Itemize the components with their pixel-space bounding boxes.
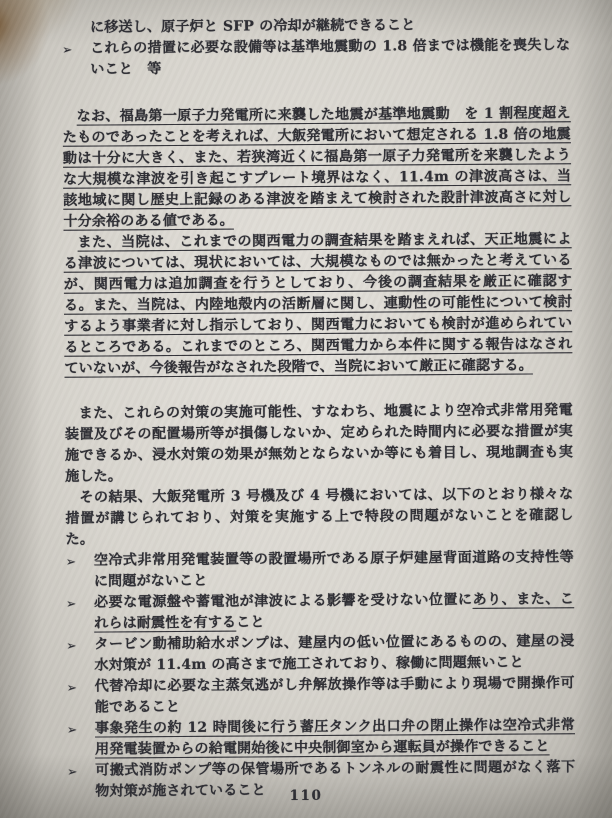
list-item: ➢必要な電源盤や蓄電池が津波による影響を受けない位置にあり、また、これらは耐震性… bbox=[66, 589, 574, 635]
bullet-arrow-icon: ➢ bbox=[67, 677, 95, 719]
bullet-text: 必要な電源盤や蓄電池が津波による影響を受けない位置にあり、また、これらは耐震性を… bbox=[94, 589, 574, 634]
text-run: これらの措置に必要な設備等は基準地震動の 1.8 倍までは機能を喪失しないこと … bbox=[90, 37, 570, 77]
text-run: に移送し、原子炉と SFP の冷却が継続できること bbox=[90, 17, 415, 35]
paragraph: また、当院は、これまでの関西電力の調査結果を踏まえれば、天正地震による津波につい… bbox=[64, 229, 573, 380]
underlined-text-run: また、当院は、これまでの関西電力の調査結果を踏まえれば、天正地震による津波につい… bbox=[64, 231, 573, 377]
list-item: ➢これらの措置に必要な設備等は基準地震動の 1.8 倍までは機能を喪失しないこと… bbox=[62, 35, 570, 81]
bullet-arrow-icon: ➢ bbox=[62, 39, 90, 81]
bullet-arrow-icon: ➢ bbox=[66, 593, 94, 635]
paragraph-gap bbox=[62, 77, 570, 107]
page-number: 110 bbox=[0, 788, 612, 804]
text-run: 空冷式非常用発電装置等の設置場所である原子炉建屋背面道路の支持性等に問題がないこ… bbox=[94, 549, 574, 589]
bullet-text: 事象発生の約 12 時間後に行う蓄圧タンク出口弁の閉止操作は空冷式非常用発電装置… bbox=[95, 715, 575, 760]
bullet-text: これらの措置に必要な設備等は基準地震動の 1.8 倍までは機能を喪失しないこと … bbox=[90, 35, 570, 80]
text-run: 必要な電源盤や蓄電池が津波による影響を受けない位置に bbox=[94, 592, 473, 611]
paragraph: なお、福島第一原子力発電所に来襲した地震が基準地震動 を 1 割程度超えたもので… bbox=[63, 103, 572, 233]
underlined-text-run: なお、福島第一原子力発電所に来襲した地震が基準地震動 を 1 割程度超えたもので… bbox=[63, 105, 572, 230]
paragraph-gap bbox=[65, 376, 573, 404]
list-item: ➢代替冷却に必要な主蒸気逃がし弁解放操作等は手動により現場で開操作可能であること bbox=[67, 673, 575, 719]
underlined-text-run: 事象発生の約 12 時間後に行う蓄圧タンク出口弁の閉止操作は空冷式非常用発電装置… bbox=[95, 717, 575, 757]
bullet-arrow-icon: ➢ bbox=[66, 551, 94, 593]
list-item: ➢事象発生の約 12 時間後に行う蓄圧タンク出口弁の閉止操作は空冷式非常用発電装… bbox=[67, 715, 575, 761]
scanned-page: に移送し、原子炉と SFP の冷却が継続できること➢これらの措置に必要な設備等は… bbox=[0, 0, 612, 818]
text-run: こと bbox=[236, 614, 265, 630]
paragraph: また、これらの対策の実施可能性、すなわち、地震により空冷式非常用発電装置及びその… bbox=[65, 400, 574, 488]
text-run: 代替冷却に必要な主蒸気逃がし弁解放操作等は手動により現場で開操作可能であること bbox=[95, 675, 575, 715]
bullet-text: 空冷式非常用発電装置等の設置場所である原子炉建屋背面道路の支持性等に問題がないこ… bbox=[94, 547, 574, 592]
list-item: ➢空冷式非常用発電装置等の設置場所である原子炉建屋背面道路の支持性等に問題がない… bbox=[66, 547, 574, 593]
bullet-text: 代替冷却に必要な主蒸気逃がし弁解放操作等は手動により現場で開操作可能であること bbox=[95, 673, 575, 718]
paragraph: その結果、大飯発電所 3 号機及び 4 号機においては、以下のとおり様々な措置が… bbox=[65, 484, 573, 551]
bullet-arrow-icon: ➢ bbox=[66, 635, 94, 677]
bullet-arrow-icon: ➢ bbox=[67, 719, 95, 761]
text-run: その結果、大飯発電所 3 号機及び 4 号機においては、以下のとおり様々な措置が… bbox=[65, 486, 573, 548]
text-column: に移送し、原子炉と SFP の冷却が継続できること➢これらの措置に必要な設備等は… bbox=[62, 14, 575, 803]
list-item: ➢タービン動補助給水ポンプは、建屋内の低い位置にあるものの、建屋の浸水対策が 1… bbox=[66, 631, 574, 677]
bullet-text: タービン動補助給水ポンプは、建屋内の低い位置にあるものの、建屋の浸水対策が 11… bbox=[94, 631, 574, 676]
text-run: また、これらの対策の実施可能性、すなわち、地震により空冷式非常用発電装置及びその… bbox=[65, 402, 573, 485]
text-run: タービン動補助給水ポンプは、建屋内の低い位置にあるものの、建屋の浸水対策が 11… bbox=[94, 633, 574, 673]
